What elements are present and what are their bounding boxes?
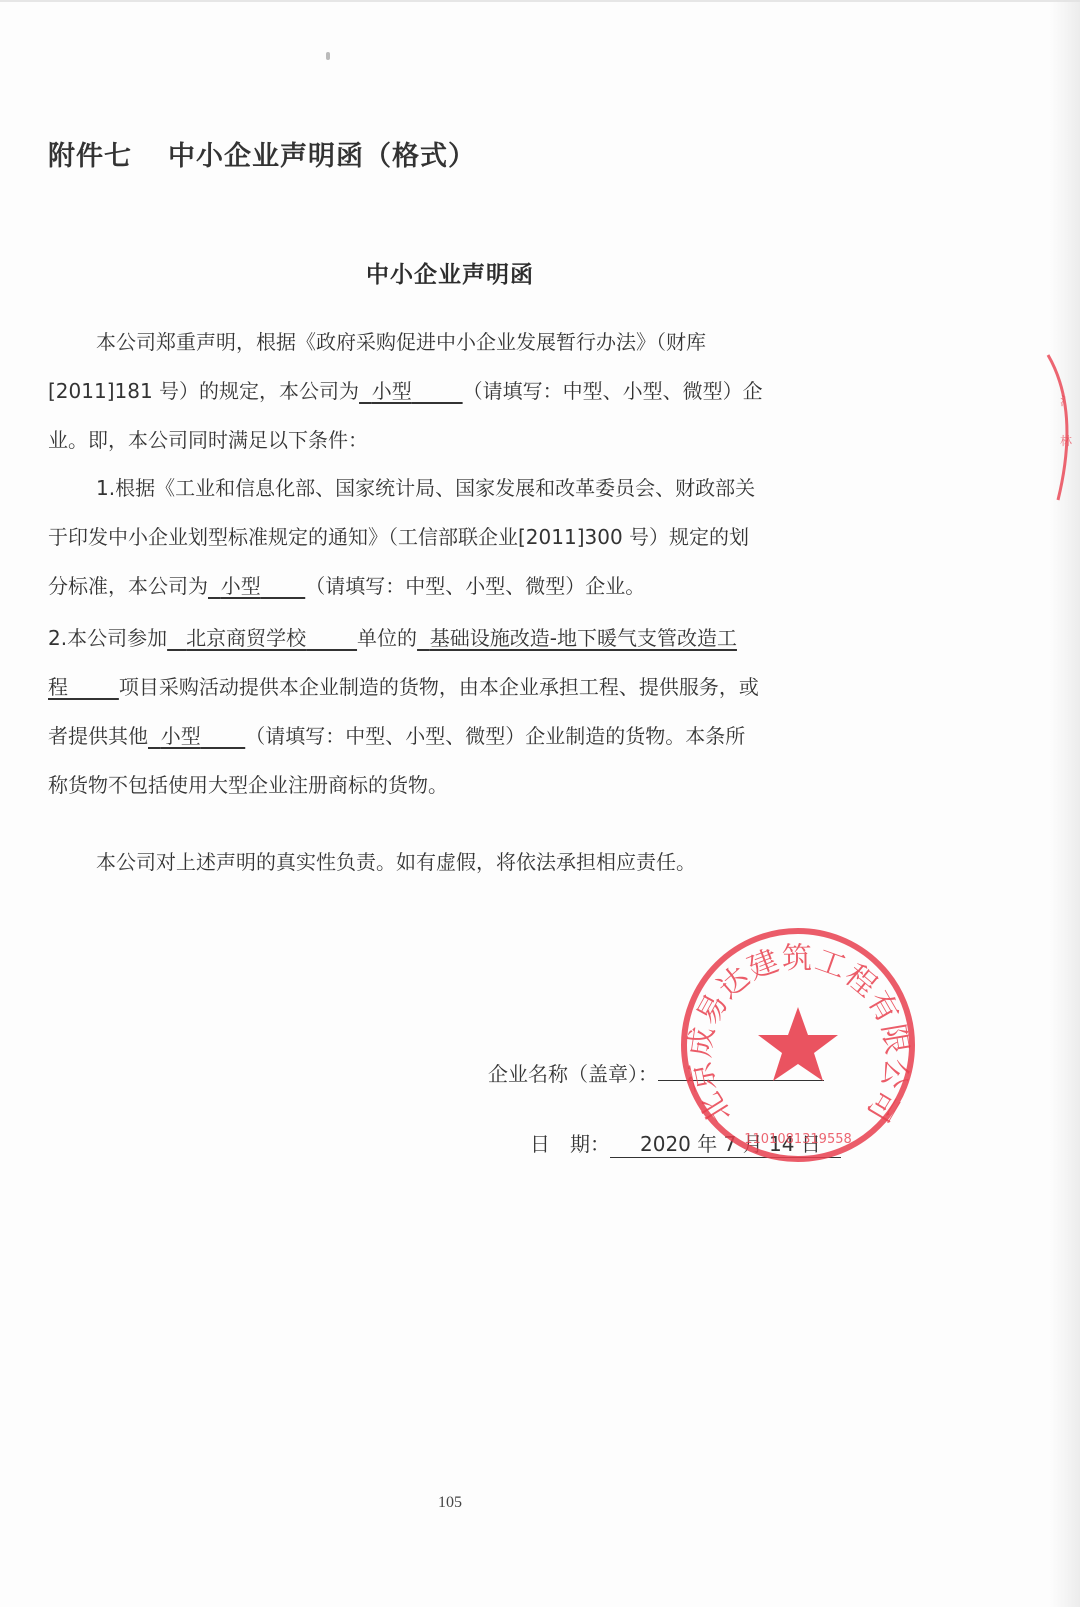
condition-2-text: 单位的 — [357, 626, 417, 650]
intro-line-2: [2011]181 号）的规定，本公司为 小型 （请填写：中型、小型、微型）企 — [48, 367, 878, 416]
condition-1-text: （请填写：中型、小型、微型）企业。 — [305, 574, 645, 598]
enterprise-size-value: 小型 — [372, 379, 412, 403]
attachment-label: 附件七 — [48, 141, 132, 172]
seal-code: 1101081319558 — [744, 1132, 852, 1147]
intro-text: [2011]181 号）的规定，本公司为 — [48, 379, 359, 403]
svg-text:林: 林 — [1060, 433, 1072, 448]
document-title: 中小企业声明函 — [0, 256, 900, 289]
scan-speck — [326, 52, 330, 60]
condition-1-size-value: 小型 — [221, 574, 261, 598]
condition-1-line-3: 分标准，本公司为 小型 （请填写：中型、小型、微型）企业。 — [48, 562, 878, 611]
condition-2-line-2: 程 项目采购活动提供本企业制造的货物，由本企业承担工程、提供服务，或 — [48, 663, 878, 712]
condition-2-text: 项目采购活动提供本企业制造的货物，由本企业承担工程、提供服务，或 — [119, 675, 759, 699]
condition-2-line-1: 2.本公司参加 北京商贸学校 单位的 基础设施改造-地下暖气支管改造工 — [48, 614, 878, 663]
condition-1-paragraph: 1.根据《工业和信息化部、国家统计局、国家发展和改革委员会、财政部关 于印发中小… — [48, 464, 878, 611]
intro-paragraph: 本公司郑重声明，根据《政府采购促进中小企业发展暂行办法》（财库 [2011]18… — [48, 318, 878, 465]
condition-2-paragraph: 2.本公司参加 北京商贸学校 单位的 基础设施改造-地下暖气支管改造工 程 项目… — [48, 614, 878, 810]
supplier-size-fill: 小型 — [148, 724, 245, 748]
intro-line-1: 本公司郑重声明，根据《政府采购促进中小企业发展暂行办法》（财库 — [48, 318, 878, 367]
condition-1-line-2: 于印发中小企业划型标准规定的通知》（工信部联企业[2011]300 号）规定的划 — [48, 513, 878, 562]
project-name-fill: 基础设施改造-地下暖气支管改造工 — [417, 626, 737, 650]
document-page: 附件七中小企业声明函（格式） 中小企业声明函 本公司郑重声明，根据《政府采购促进… — [0, 0, 1080, 1607]
condition-1-text: 分标准，本公司为 — [48, 574, 208, 598]
date-label: 日 期： — [530, 1132, 610, 1156]
supplier-size-value: 小型 — [161, 724, 201, 748]
overlap-seal-icon: 氵 林 — [1040, 350, 1080, 510]
condition-2-text: （请填写：中型、小型、微型）企业制造的货物。本条所 — [245, 724, 745, 748]
project-name-value: 基础设施改造-地下暖气支管改造工 — [430, 626, 737, 650]
project-name-fill-cont: 程 — [48, 675, 119, 699]
condition-1-line-1: 1.根据《工业和信息化部、国家统计局、国家发展和改革委员会、财政部关 — [48, 464, 878, 513]
attachment-title: 中小企业声明函（格式） — [168, 141, 476, 172]
svg-text:氵: 氵 — [1060, 394, 1072, 408]
project-name-value-cont: 程 — [48, 675, 68, 699]
condition-2-line-4: 称货物不包括使用大型企业注册商标的货物。 — [48, 761, 878, 810]
condition-2-line-3: 者提供其他 小型 （请填写：中型、小型、微型）企业制造的货物。本条所 — [48, 712, 878, 761]
page-number: 105 — [0, 1494, 900, 1512]
purchasing-unit-fill: 北京商贸学校 — [167, 626, 357, 650]
closing-paragraph: 本公司对上述声明的真实性负责。如有虚假，将依法承担相应责任。 — [48, 838, 878, 887]
closing-line: 本公司对上述声明的真实性负责。如有虚假，将依法承担相应责任。 — [48, 838, 878, 887]
condition-2-text: 2.本公司参加 — [48, 626, 167, 650]
intro-line-3: 业。即，本公司同时满足以下条件： — [48, 416, 878, 465]
page-top-edge — [0, 0, 1080, 2]
attachment-heading: 附件七中小企业声明函（格式） — [48, 134, 476, 173]
condition-1-size-fill: 小型 — [208, 574, 305, 598]
scan-edge-shadow — [1050, 0, 1080, 1607]
company-seal-icon: 北京成易达建筑工程有限公司 1101081319558 — [678, 925, 918, 1165]
condition-2-text: 者提供其他 — [48, 724, 148, 748]
company-name-label: 企业名称（盖章）： — [488, 1062, 658, 1086]
intro-text: （请填写：中型、小型、微型）企 — [463, 379, 763, 403]
enterprise-size-fill: 小型 — [359, 379, 463, 403]
purchasing-unit-value: 北京商贸学校 — [186, 626, 306, 650]
